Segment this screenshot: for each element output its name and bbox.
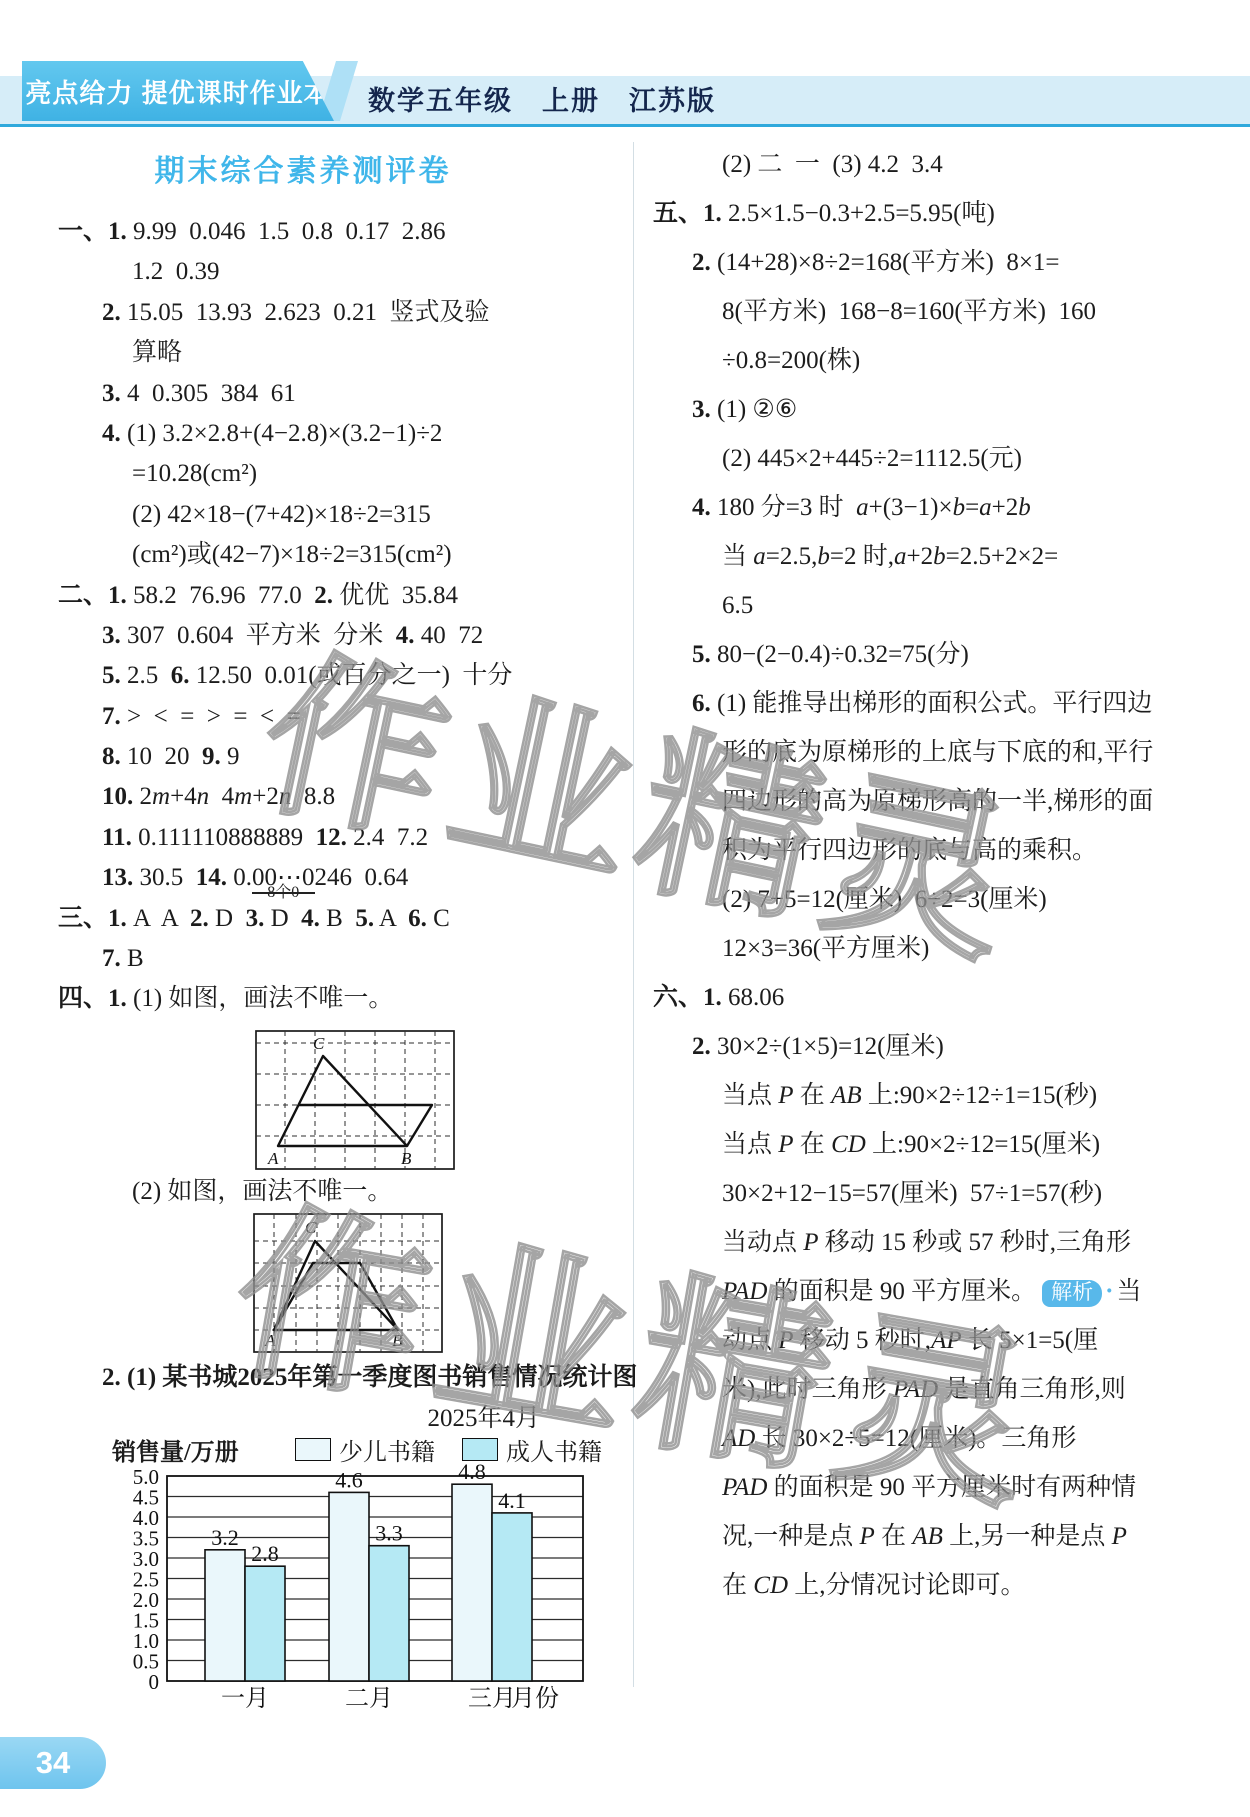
text-segment: b — [817, 543, 830, 570]
text-segment: > < = > = < = — [121, 703, 301, 730]
text-segment: 优优 35.84 — [333, 582, 458, 609]
y-tick-label: 0 — [149, 1670, 160, 1694]
header-rule — [0, 124, 1250, 127]
text-segment: 上,另一种是点 — [943, 1523, 1112, 1550]
text-segment: +2 — [992, 494, 1019, 521]
answer-line: 7. > < = > = < = — [58, 697, 618, 737]
text-segment: 在 — [794, 1131, 832, 1158]
text-segment: 形的底为原梯形的上底与下底的和,平行 — [722, 739, 1153, 766]
answer-line: 算略 — [58, 333, 618, 373]
text-segment: 长 30×2÷5=12(厘米)。三角形 — [755, 1425, 1076, 1452]
text-segment: 307 0.604 平方米 分米 — [121, 622, 396, 649]
text-segment: 12.50 0.01(或百分之一) 十分 — [190, 662, 513, 689]
text-segment: 3. — [692, 396, 711, 423]
text-segment: b — [1018, 494, 1031, 521]
answer-line: 积为平行四边形的底与高的乘积。 — [653, 826, 1213, 875]
bar-value-label: 2.8 — [251, 1541, 279, 1566]
text-segment: 00⋯08个0 — [252, 858, 315, 898]
x-category-label: 二月 — [345, 1686, 393, 1712]
text-segment: 上:90×2÷12÷1=15(秒) — [862, 1082, 1098, 1109]
answer-line: 3. (1) ②⑥ — [653, 385, 1213, 434]
text-segment: 4 0.305 384 61 — [121, 380, 296, 407]
text-segment: 长 5×1=5(厘 — [962, 1327, 1099, 1354]
answer-line: 六、1. 68.06 — [653, 973, 1213, 1022]
text-segment: (1) 如图，画法不唯一。 — [127, 985, 394, 1012]
text-segment: 12×3=36(平方厘米) — [722, 935, 929, 962]
chart-bar — [369, 1546, 409, 1681]
answer-line: 3. 4 0.305 384 61 — [58, 374, 618, 414]
text-segment: 2. — [692, 249, 711, 276]
answer-line: (2) 如图，画法不唯一。 — [58, 1172, 618, 1212]
answer-line: 2. 30×2÷(1×5)=12(厘米) — [653, 1022, 1213, 1071]
text-segment: 是直角三角形,则 — [938, 1376, 1126, 1403]
text-segment: 4. — [692, 494, 711, 521]
text-segment: AP — [931, 1327, 962, 1354]
text-segment: 40 72 — [415, 622, 484, 649]
text-segment: 四、1. — [58, 985, 127, 1012]
text-segment: D — [264, 905, 301, 932]
text-segment: 9. — [202, 743, 221, 770]
text-segment: 4. — [396, 622, 415, 649]
text-segment: 四边形的高为原梯形高的一半,梯形的面 — [722, 788, 1153, 815]
text-segment: 2 — [133, 783, 152, 810]
vertex-label-c: C — [305, 1218, 317, 1237]
answer-line: (2) 445×2+445÷2=1112.5(元) — [653, 434, 1213, 483]
text-segment: 6. — [408, 905, 427, 932]
answer-line: 一、1. 9.99 0.046 1.5 0.8 0.17 2.86 — [58, 212, 618, 252]
answer-line: 13. 30.5 14. 0.00⋯08个0246 0.64 — [58, 858, 618, 898]
brand-title: 亮点给力 提优课时作业本 — [25, 73, 330, 110]
text-segment: 动点 — [722, 1327, 778, 1354]
text-segment: 6.5 — [722, 592, 753, 619]
text-segment: 10. — [102, 783, 133, 810]
text-segment: 0.111110888889 — [132, 824, 316, 851]
analysis-badge: 解析 — [1042, 1280, 1102, 1307]
text-segment: (1) ②⑥ — [711, 396, 797, 423]
text-segment: A A — [127, 905, 190, 932]
text-segment: 58.2 76.96 77.0 — [127, 582, 315, 609]
answer-line: 7. B — [58, 939, 618, 979]
text-segment: P — [803, 1229, 818, 1256]
text-segment: 2.4 7.2 — [347, 824, 428, 851]
bar-value-label: 3.3 — [375, 1521, 403, 1546]
text-segment: a — [894, 543, 907, 570]
text-segment: 五、1. — [653, 200, 722, 227]
text-segment: 的面积是 90 平方厘米时有两种情 — [767, 1474, 1136, 1501]
text-segment: 况,一种是点 — [722, 1523, 860, 1550]
text-segment: +2 — [252, 783, 279, 810]
answer-line: 8(平方米) 168−8=160(平方米) 160 — [653, 287, 1213, 336]
text-segment: b — [933, 543, 946, 570]
text-segment: 9 — [221, 743, 240, 770]
text-segment: AD — [722, 1425, 755, 1452]
text-segment: 上,分情况讨论即可。 — [788, 1572, 1026, 1599]
text-segment: 0. — [227, 864, 252, 891]
text-segment: 当 — [1116, 1278, 1141, 1305]
text-segment: 6. — [692, 690, 711, 717]
text-segment: 当点 — [722, 1082, 778, 1109]
text-segment: 米),此时三角形 — [722, 1376, 893, 1403]
text-segment: AB — [831, 1082, 862, 1109]
answer-line: 当 a=2.5,b=2 时,a+2b=2.5+2×2= — [653, 532, 1213, 581]
right-column-answers: (2) 二 一 (3) 4.2 3.4五、1. 2.5×1.5−0.3+2.5=… — [653, 140, 1213, 1610]
vertex-label-a: A — [267, 1149, 279, 1168]
answer-line: 况,一种是点 P 在 AB 上,另一种是点 P — [653, 1512, 1213, 1561]
text-segment: (1) 能推导出梯形的面积公式。平行四边 — [711, 690, 1153, 717]
text-segment: 4 — [209, 783, 234, 810]
answer-line: 1.2 0.39 — [58, 252, 618, 292]
text-segment: B — [320, 905, 355, 932]
text-segment: (2) 42×18−(7+42)×18÷2=315 — [132, 501, 431, 528]
text-segment: +2 — [906, 543, 933, 570]
text-segment: 2. — [314, 582, 333, 609]
text-segment: 6. — [171, 662, 190, 689]
column-divider — [633, 142, 634, 1687]
text-segment: 80−(2−0.4)÷0.32=75(分) — [711, 641, 969, 668]
answer-line: 5. 80−(2−0.4)÷0.32=75(分) — [653, 630, 1213, 679]
answer-line: 2. 15.05 13.93 2.623 0.21 竖式及验 — [58, 293, 618, 333]
text-segment: 9.99 0.046 1.5 0.8 0.17 2.86 — [127, 218, 446, 245]
chart-caption-line: 2. (1) 某书城2025年第一季度图书销售情况统计图 — [58, 1358, 618, 1398]
text-segment: P — [778, 1131, 793, 1158]
text-segment: 2.5 — [121, 662, 171, 689]
chart-bar — [245, 1566, 285, 1681]
text-segment: (cm²)或(42−7)×18÷2=315(cm²) — [132, 541, 452, 568]
chart-plot-area: 5.04.54.03.53.02.52.01.51.00.503.22.8一月4… — [90, 1458, 630, 1720]
text-segment: 移动 5 秒时, — [794, 1327, 932, 1354]
bar-value-label: 4.8 — [458, 1459, 486, 1484]
chart-bar — [452, 1484, 492, 1681]
answer-line: (2) 42×18−(7+42)×18÷2=315 — [58, 495, 618, 535]
answer-line: =10.28(cm²) — [58, 454, 618, 494]
construction-lines — [298, 1105, 432, 1146]
answer-line: 四、1. (1) 如图，画法不唯一。 — [58, 979, 618, 1019]
text-segment: P — [860, 1523, 875, 1550]
text-segment: C — [427, 905, 450, 932]
text-segment: n — [279, 783, 292, 810]
answer-line: 米),此时三角形 PAD 是直角三角形,则 — [653, 1365, 1213, 1414]
text-segment: A — [374, 905, 408, 932]
text-segment: 积为平行四边形的底与高的乘积。 — [722, 837, 1097, 864]
text-segment: PAD — [893, 1376, 938, 1403]
dashed-grid — [256, 1031, 454, 1169]
answer-line: ÷0.8=200(株) — [653, 336, 1213, 385]
text-segment: 4. — [301, 905, 320, 932]
text-segment: 12. — [316, 824, 347, 851]
page-title: 期末综合素养测评卷 — [58, 146, 548, 190]
text-segment: 30×2+12−15=57(厘米) 57÷1=57(秒) — [722, 1180, 1102, 1207]
text-segment: b — [953, 494, 966, 521]
text-segment: 4. — [102, 420, 121, 447]
vertex-label-b: B — [401, 1149, 412, 1168]
text-segment: +(3−1)× — [869, 494, 953, 521]
text-segment: 1.2 0.39 — [132, 258, 220, 285]
text-segment: ÷0.8=200(株) — [722, 347, 860, 374]
chart-bar — [205, 1550, 245, 1681]
answer-line: 12×3=36(平方厘米) — [653, 924, 1213, 973]
answer-line: 三、1. A A 2. D 3. D 4. B 5. A 6. C — [58, 899, 618, 939]
answer-line: 4. (1) 3.2×2.8+(4−2.8)×(3.2−1)÷2 — [58, 414, 618, 454]
text-segment: 5. — [102, 662, 121, 689]
text-segment: 7. — [102, 703, 121, 730]
text-segment: 三、1. — [58, 905, 127, 932]
text-segment: 3. — [102, 380, 121, 407]
left-column-answers: 一、1. 9.99 0.046 1.5 0.8 0.17 2.861.2 0.3… — [58, 212, 618, 1020]
vertex-label-a: A — [264, 1331, 276, 1350]
text-segment: a — [979, 494, 992, 521]
bar-value-label: 3.2 — [211, 1525, 239, 1550]
text-segment: 的面积是 90 平方厘米。 — [767, 1278, 1036, 1305]
chart-bar — [329, 1492, 369, 1681]
text-segment: PAD — [722, 1278, 767, 1305]
text-segment: a — [856, 494, 869, 521]
text-segment: (1) 3.2×2.8+(4−2.8)×(3.2−1)÷2 — [121, 420, 443, 447]
brand-ribbon: 亮点给力 提优课时作业本 — [22, 61, 334, 121]
text-segment: P — [1112, 1523, 1127, 1550]
text-segment: =10.28(cm²) — [132, 460, 257, 487]
text-segment: CD — [831, 1131, 866, 1158]
text-segment: 一、1. — [58, 218, 127, 245]
grid-diagram-triangle-1: C A B — [255, 1030, 455, 1170]
text-segment: 14. — [196, 864, 227, 891]
answer-line: 2. (1) 某书城2025年第一季度图书销售情况统计图 — [58, 1358, 618, 1398]
text-segment: 8(平方米) 168−8=160(平方米) 160 — [722, 298, 1096, 325]
text-segment: 在 — [875, 1523, 913, 1550]
text-segment: = — [965, 494, 979, 521]
text-segment: P — [778, 1082, 793, 1109]
text-segment: 30×2÷(1×5)=12(厘米) — [711, 1033, 944, 1060]
edition-title: 数学五年级 上册 江苏版 — [368, 79, 716, 118]
text-segment: 10 20 — [121, 743, 202, 770]
page-number-badge: 34 — [0, 1737, 106, 1789]
text-segment: 算略 — [132, 339, 182, 366]
text-segment: 30.5 — [133, 864, 196, 891]
text-segment: m — [152, 783, 170, 810]
text-segment: (2) 二 一 (3) 4.2 3.4 — [722, 151, 943, 178]
answer-line: 当点 P 在 AB 上:90×2÷12÷1=15(秒) — [653, 1071, 1213, 1120]
text-segment: (2) 7+5=12(厘米) 6÷2=3(厘米) — [722, 886, 1047, 913]
text-segment: D — [209, 905, 246, 932]
text-segment: 5. — [355, 905, 374, 932]
text-segment: 上:90×2÷12=15(厘米) — [866, 1131, 1100, 1158]
x-category-label: 三月 — [468, 1686, 516, 1712]
text-segment: 当 — [722, 543, 753, 570]
text-segment: 68.06 — [722, 984, 785, 1011]
text-segment: 2. — [190, 905, 209, 932]
answer-line: 2. (14+28)×8÷2=168(平方米) 8×1= — [653, 238, 1213, 287]
text-segment: B — [121, 945, 144, 972]
dashed-grid — [254, 1214, 442, 1352]
text-segment: m — [234, 783, 252, 810]
answer-line: 当动点 P 移动 15 秒或 57 秒时,三角形 — [653, 1218, 1213, 1267]
answer-line: 形的底为原梯形的上底与下底的和,平行 — [653, 728, 1213, 777]
text-segment: (14+28)×8÷2=168(平方米) 8×1= — [711, 249, 1060, 276]
text-segment: (1) 某书城2025年第一季度图书销售情况统计图 — [127, 1364, 637, 1391]
text-segment: CD — [753, 1572, 788, 1599]
answer-line: 5. 2.5 6. 12.50 0.01(或百分之一) 十分 — [58, 656, 618, 696]
answer-line: (2) 7+5=12(厘米) 6÷2=3(厘米) — [653, 875, 1213, 924]
chart-bar — [492, 1513, 532, 1681]
grid-diagram-triangle-2: C A B — [253, 1213, 443, 1353]
answer-line: AD 长 30×2÷5=12(厘米)。三角形 — [653, 1414, 1213, 1463]
text-segment: =2 时, — [830, 543, 894, 570]
answer-line: 二、1. 58.2 76.96 77.0 2. 优优 35.84 — [58, 576, 618, 616]
vertex-label-b: B — [392, 1331, 403, 1350]
underbrace-count-label: 8个0 — [267, 885, 299, 901]
x-axis-label: 月份 — [511, 1685, 559, 1712]
text-segment: (2) 445×2+445÷2=1112.5(元) — [722, 445, 1022, 472]
answer-line: 在 CD 上,分情况讨论即可。 — [653, 1561, 1213, 1610]
text-segment: 11. — [102, 824, 132, 851]
answer-line: 10. 2m+4n 4m+2n 8.8 — [58, 777, 618, 817]
text-segment: P — [778, 1327, 793, 1354]
text-segment: n — [197, 783, 210, 810]
text-segment: 15.05 13.93 2.623 0.21 竖式及验 — [121, 299, 490, 326]
answer-line: (2) 二 一 (3) 4.2 3.4 — [653, 140, 1213, 189]
text-segment: 180 分=3 时 — [711, 494, 856, 521]
text-segment: 13. — [102, 864, 133, 891]
text-segment: 六、1. — [653, 984, 722, 1011]
book-sales-bar-chart: 销售量/万册 少儿书籍 成人书籍 5.04.54.03.53.02.52.01.… — [90, 1426, 630, 1726]
answer-line: (cm²)或(42−7)×18÷2=315(cm²) — [58, 535, 618, 575]
text-segment: 3. — [102, 622, 121, 649]
text-segment: 5. — [692, 641, 711, 668]
answer-line: 4. 180 分=3 时 a+(3−1)×b=a+2b — [653, 483, 1213, 532]
answer-line: 3. 307 0.604 平方米 分米 4. 40 72 — [58, 616, 618, 656]
answer-line: PAD 的面积是 90 平方厘米。解析·当 — [653, 1267, 1213, 1316]
text-segment: 2.5×1.5−0.3+2.5=5.95(吨) — [722, 200, 995, 227]
x-category-label: 一月 — [221, 1686, 269, 1712]
text-segment: 移动 15 秒或 57 秒时,三角形 — [819, 1229, 1132, 1256]
text-segment: 当动点 — [722, 1229, 803, 1256]
answer-line: 8. 10 20 9. 9 — [58, 737, 618, 777]
answer-line: 6.5 — [653, 581, 1213, 630]
text-segment: 二、1. — [58, 582, 127, 609]
text-segment: 8.8 — [291, 783, 335, 810]
text-segment: 246 0.64 — [315, 864, 409, 891]
left-column-answers-2: (2) 如图，画法不唯一。 — [58, 1172, 618, 1212]
text-segment: 7. — [102, 945, 121, 972]
text-segment: PAD — [722, 1474, 767, 1501]
answer-line: 30×2+12−15=57(厘米) 57÷1=57(秒) — [653, 1169, 1213, 1218]
text-segment: (2) 如图，画法不唯一。 — [132, 1178, 392, 1205]
answer-line: 11. 0.111110888889 12. 2.4 7.2 — [58, 818, 618, 858]
text-segment: 在 — [722, 1572, 753, 1599]
bar-value-label: 4.6 — [335, 1467, 363, 1492]
text-segment: AB — [912, 1523, 943, 1550]
answer-line: 四边形的高为原梯形高的一半,梯形的面 — [653, 777, 1213, 826]
answer-line: 6. (1) 能推导出梯形的面积公式。平行四边 — [653, 679, 1213, 728]
text-segment: 当点 — [722, 1131, 778, 1158]
triangle-abc — [278, 1056, 407, 1146]
text-segment: =2.5, — [766, 543, 818, 570]
bar-value-label: 4.1 — [498, 1488, 526, 1513]
text-segment: =2.5+2×2= — [946, 543, 1059, 570]
text-segment: 2. — [102, 299, 121, 326]
answer-line: 动点 P 移动 5 秒时,AP 长 5×1=5(厘 — [653, 1316, 1213, 1365]
text-segment: +4 — [170, 783, 197, 810]
text-segment: 2. — [692, 1033, 711, 1060]
text-segment: 8. — [102, 743, 121, 770]
answer-line: 五、1. 2.5×1.5−0.3+2.5=5.95(吨) — [653, 189, 1213, 238]
answer-line: 当点 P 在 CD 上:90×2÷12=15(厘米) — [653, 1120, 1213, 1169]
trapezoid — [274, 1263, 398, 1330]
text-segment: 在 — [794, 1082, 832, 1109]
answer-line: PAD 的面积是 90 平方厘米时有两种情 — [653, 1463, 1213, 1512]
text-segment: a — [753, 543, 766, 570]
vertex-label-c: C — [313, 1034, 325, 1053]
text-segment: · — [1105, 1278, 1113, 1305]
text-segment: 2. — [102, 1364, 121, 1391]
text-segment: 3. — [246, 905, 265, 932]
